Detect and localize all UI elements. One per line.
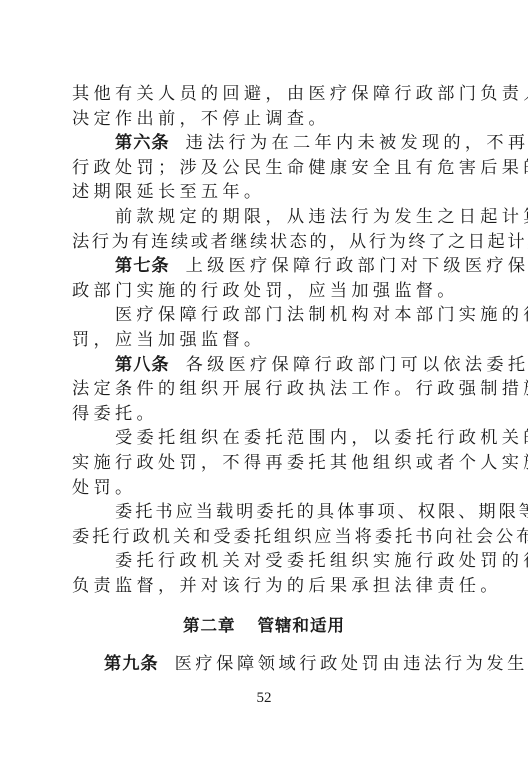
text-line: 处罚。 <box>72 476 464 501</box>
article-8-line: 第八条各级医疗保障行政部门可以依法委托符合 <box>72 353 464 378</box>
text-line: 实施行政处罚，不得再委托其他组织或者个人实施行政 <box>72 451 464 476</box>
document-body: 其他有关人员的回避，由医疗保障行政部门负责人决定。 决定作出前，不停止调查。 第… <box>72 82 464 598</box>
text-line: 得委托。 <box>72 402 464 427</box>
page-number: 52 <box>0 690 528 707</box>
text-line: 前款规定的期限，从违法行为发生之日起计算；违 <box>72 205 464 230</box>
article-heading: 第七条 <box>115 256 170 276</box>
text-line: 医疗保障行政部门法制机构对本部门实施的行政处 <box>72 303 464 328</box>
text-line: 述期限延长至五年。 <box>72 180 464 205</box>
text: 医疗保障领域行政处罚由违法行为发生地 <box>175 654 528 674</box>
text-line: 委托书应当载明委托的具体事项、权限、期限等内容。 <box>72 500 464 525</box>
text-line: 罚，应当加强监督。 <box>72 328 464 353</box>
text-line: 负责监督，并对该行为的后果承担法律责任。 <box>72 574 464 599</box>
article-heading: 第九条 <box>104 654 159 674</box>
text-line: 政部门实施的行政处罚，应当加强监督。 <box>72 279 464 304</box>
text-line: 法定条件的组织开展行政执法工作。行政强制措施权不 <box>72 377 464 402</box>
text-line: 法行为有连续或者继续状态的，从行为终了之日起计算。 <box>72 230 464 255</box>
article-heading: 第六条 <box>115 133 170 153</box>
article-heading: 第八条 <box>115 355 170 375</box>
article-7-line: 第七条上级医疗保障行政部门对下级医疗保障行 <box>72 254 464 279</box>
chapter-title: 管辖和适用 <box>258 616 346 635</box>
text-line: 委托行政机关和受委托组织应当将委托书向社会公布。 <box>72 525 464 550</box>
text-line: 决定作出前，不停止调查。 <box>72 107 464 132</box>
text-line: 其他有关人员的回避，由医疗保障行政部门负责人决定。 <box>72 82 464 107</box>
text: 各级医疗保障行政部门可以依法委托符合 <box>186 355 528 375</box>
article-6-line: 第六条违法行为在二年内未被发现的，不再给予 <box>72 131 464 156</box>
text: 上级医疗保障行政部门对下级医疗保障行 <box>186 256 528 276</box>
text-line: 委托行政机关对受委托组织实施行政处罚的行为应 <box>72 549 464 574</box>
article-9-line: 第九条医疗保障领域行政处罚由违法行为发生地 <box>104 649 528 674</box>
text-line: 行政处罚；涉及公民生命健康安全且有危害后果的，上 <box>72 156 464 181</box>
text-line: 受委托组织在委托范围内，以委托行政机关的名义 <box>72 426 464 451</box>
text: 违法行为在二年内未被发现的，不再给予 <box>186 133 528 153</box>
chapter-heading: 第二章管辖和适用 <box>0 612 528 636</box>
chapter-number: 第二章 <box>183 616 236 635</box>
